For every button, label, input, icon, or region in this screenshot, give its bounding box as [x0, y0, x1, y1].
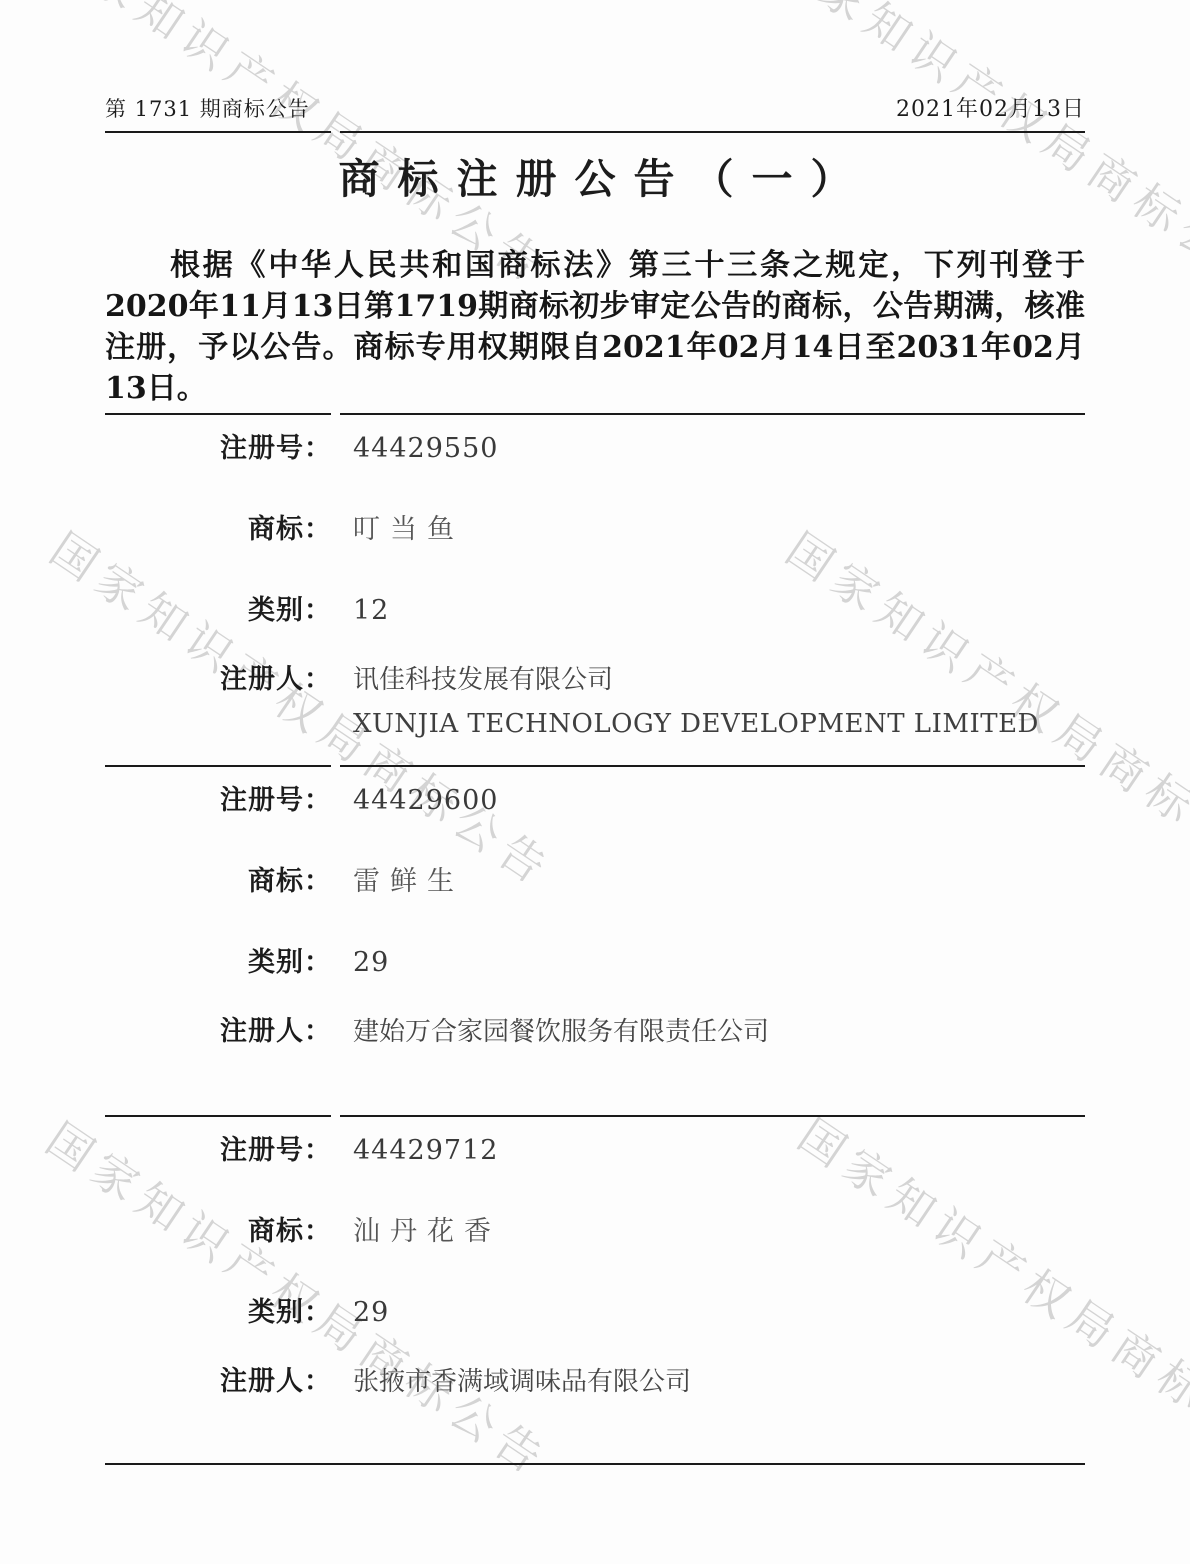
page-bottom-rule — [105, 1463, 1085, 1465]
registrant-row: 注册人： 张掖市香满域调味品有限公司 — [105, 1367, 1085, 1397]
header-rule — [105, 131, 1085, 133]
registrant-value: 张掖市香满域调味品有限公司 — [353, 1367, 691, 1397]
reg-no-value: 44429600 — [353, 786, 498, 816]
trademark-entry-2: 注册号： 44429600 商标： 雷鲜生 类别： 29 注册人： 建始万合家园… — [105, 765, 1085, 1115]
registrant-name-cn: 讯佳科技发展有限公司 — [353, 665, 613, 695]
reg-no-label: 注册号： — [105, 434, 332, 464]
registrant-label: 注册人： — [105, 1367, 332, 1397]
class-value: 29 — [353, 1298, 389, 1328]
reg-no-row: 注册号： 44429600 — [105, 786, 1085, 816]
registrant-row: 注册人： 讯佳科技发展有限公司 XUNJIA TECHNOLOGY DEVELO… — [105, 665, 1085, 739]
entry-divider — [105, 1115, 1085, 1117]
page-header: 第 1731 期商标公告 2021年02月13日 — [105, 92, 1085, 123]
reg-no-label: 注册号： — [105, 1136, 332, 1166]
class-label: 类别： — [105, 596, 332, 626]
reg-no-label: 注册号： — [105, 786, 332, 816]
registrant-row: 注册人： 建始万合家园餐饮服务有限责任公司 — [105, 1017, 1085, 1047]
page-content: 第 1731 期商标公告 2021年02月13日 商标注册公告（一） 根据《中华… — [105, 0, 1085, 1564]
class-value: 12 — [353, 596, 389, 626]
trademark-row: 商标： 叮当鱼 — [105, 515, 1085, 545]
reg-no-value: 44429550 — [353, 434, 498, 464]
entry-divider — [105, 765, 1085, 767]
class-row: 类别： 12 — [105, 596, 1085, 626]
trademark-value: 叮当鱼 — [353, 515, 464, 545]
reg-no-row: 注册号： 44429712 — [105, 1136, 1085, 1166]
class-value: 29 — [353, 948, 389, 978]
registrant-name-cn: 张掖市香满域调味品有限公司 — [353, 1367, 691, 1397]
trademark-entry-3: 注册号： 44429712 商标： 汕丹花香 类别： 29 注册人： 张掖市香满… — [105, 1115, 1085, 1463]
trademark-label: 商标： — [105, 867, 332, 897]
class-row: 类别： 29 — [105, 1298, 1085, 1328]
registrant-name-en: XUNJIA TECHNOLOGY DEVELOPMENT LIMITED — [353, 709, 1039, 739]
trademark-entry-1: 注册号： 44429550 商标： 叮当鱼 类别： 12 注册人： 讯佳科技发展… — [105, 413, 1085, 765]
trademark-value: 汕丹花香 — [353, 1217, 501, 1247]
reg-no-value: 44429712 — [353, 1136, 498, 1166]
registrant-value: 讯佳科技发展有限公司 XUNJIA TECHNOLOGY DEVELOPMENT… — [353, 665, 1039, 739]
trademark-row: 商标： 汕丹花香 — [105, 1217, 1085, 1247]
reg-no-row: 注册号： 44429550 — [105, 434, 1085, 464]
trademark-label: 商标： — [105, 515, 332, 545]
trademark-value: 雷鲜生 — [353, 867, 464, 897]
class-label: 类别： — [105, 1298, 332, 1328]
registrant-name-cn: 建始万合家园餐饮服务有限责任公司 — [353, 1017, 769, 1047]
class-label: 类别： — [105, 948, 332, 978]
page-title: 商标注册公告（一） — [105, 146, 1085, 205]
intro-paragraph: 根据《中华人民共和国商标法》第三十三条之规定，下列刊登于2020年11月13日第… — [105, 245, 1085, 409]
gazette-issue-number: 第 1731 期商标公告 — [105, 93, 310, 123]
trademark-row: 商标： 雷鲜生 — [105, 867, 1085, 897]
registrant-value: 建始万合家园餐饮服务有限责任公司 — [353, 1017, 769, 1047]
trademark-label: 商标： — [105, 1217, 332, 1247]
entry-divider — [105, 413, 1085, 415]
registrant-label: 注册人： — [105, 1017, 332, 1047]
gazette-date: 2021年02月13日 — [896, 92, 1085, 123]
class-row: 类别： 29 — [105, 948, 1085, 978]
trademark-gazette-page: 国家知识产权局商标公告 国家知识产权局商标公告 国家知识产权局商标公告 国家知识… — [0, 0, 1190, 1564]
registrant-label: 注册人： — [105, 665, 332, 695]
